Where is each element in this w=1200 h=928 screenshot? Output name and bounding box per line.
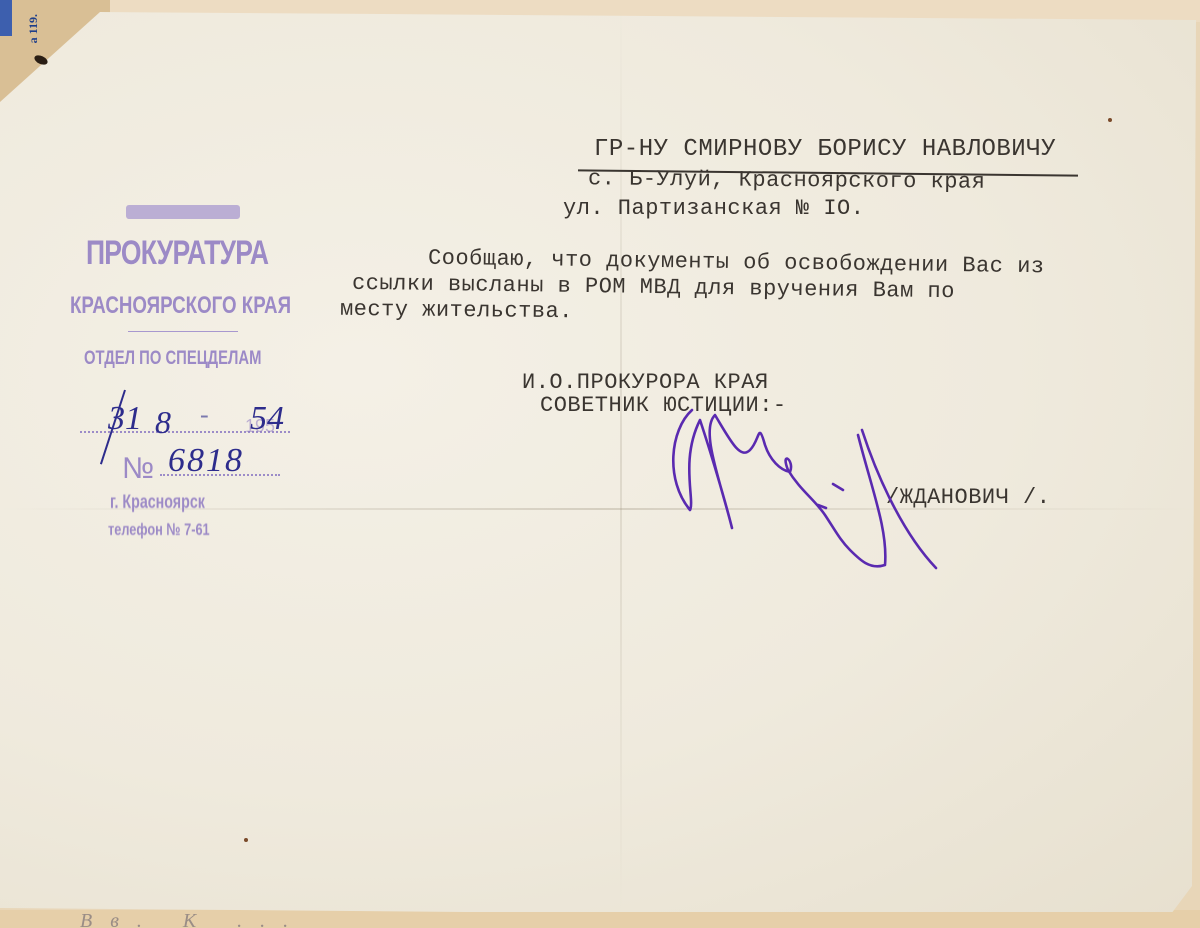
addressee-locality: с. Б-Улуй, Красноярского края: [588, 166, 986, 194]
stamp-separator: [128, 331, 238, 332]
stamp-phone: телефон № 7-61: [108, 520, 210, 540]
paper-spot: [244, 838, 248, 842]
handwritten-year: 54: [250, 400, 284, 438]
stamp-emblem-bar: [126, 205, 240, 219]
blue-stamp-fragment: [0, 0, 12, 36]
stamp-line-3: ОТДЕЛ ПО СПЕЦДЕЛАМ: [84, 348, 261, 370]
handwritten-dash: -: [200, 400, 209, 430]
paper-spot: [1108, 118, 1112, 122]
addressee-street: ул. Партизанская № IO.: [563, 196, 864, 221]
card-number: а 119.: [26, 14, 41, 43]
stamp-number-label: №: [122, 452, 154, 486]
handwritten-number: 6818: [168, 442, 244, 480]
stamp-line-2: КРАСНОЯРСКОГО КРАЯ: [70, 292, 291, 320]
addressee-name: ГР-НУ СМИРНОВУ БОРИСУ НАВЛОВИЧУ: [594, 136, 1056, 163]
handwritten-month: 8: [155, 404, 171, 441]
signature-icon: [640, 400, 960, 590]
signatory-title-1: И.О.ПРОКУРОРА КРАЯ: [522, 370, 769, 395]
underlying-paper-bottom: Вв. К ...: [0, 910, 1200, 928]
bottom-handwriting: Вв. К ...: [80, 910, 306, 928]
stamp-line-1: ПРОКУРАТУРА: [86, 234, 268, 273]
handwritten-day: 31: [108, 400, 142, 438]
stamp-city: г. Красноярск: [110, 492, 205, 514]
body-line-3: месту жительства.: [340, 297, 573, 324]
